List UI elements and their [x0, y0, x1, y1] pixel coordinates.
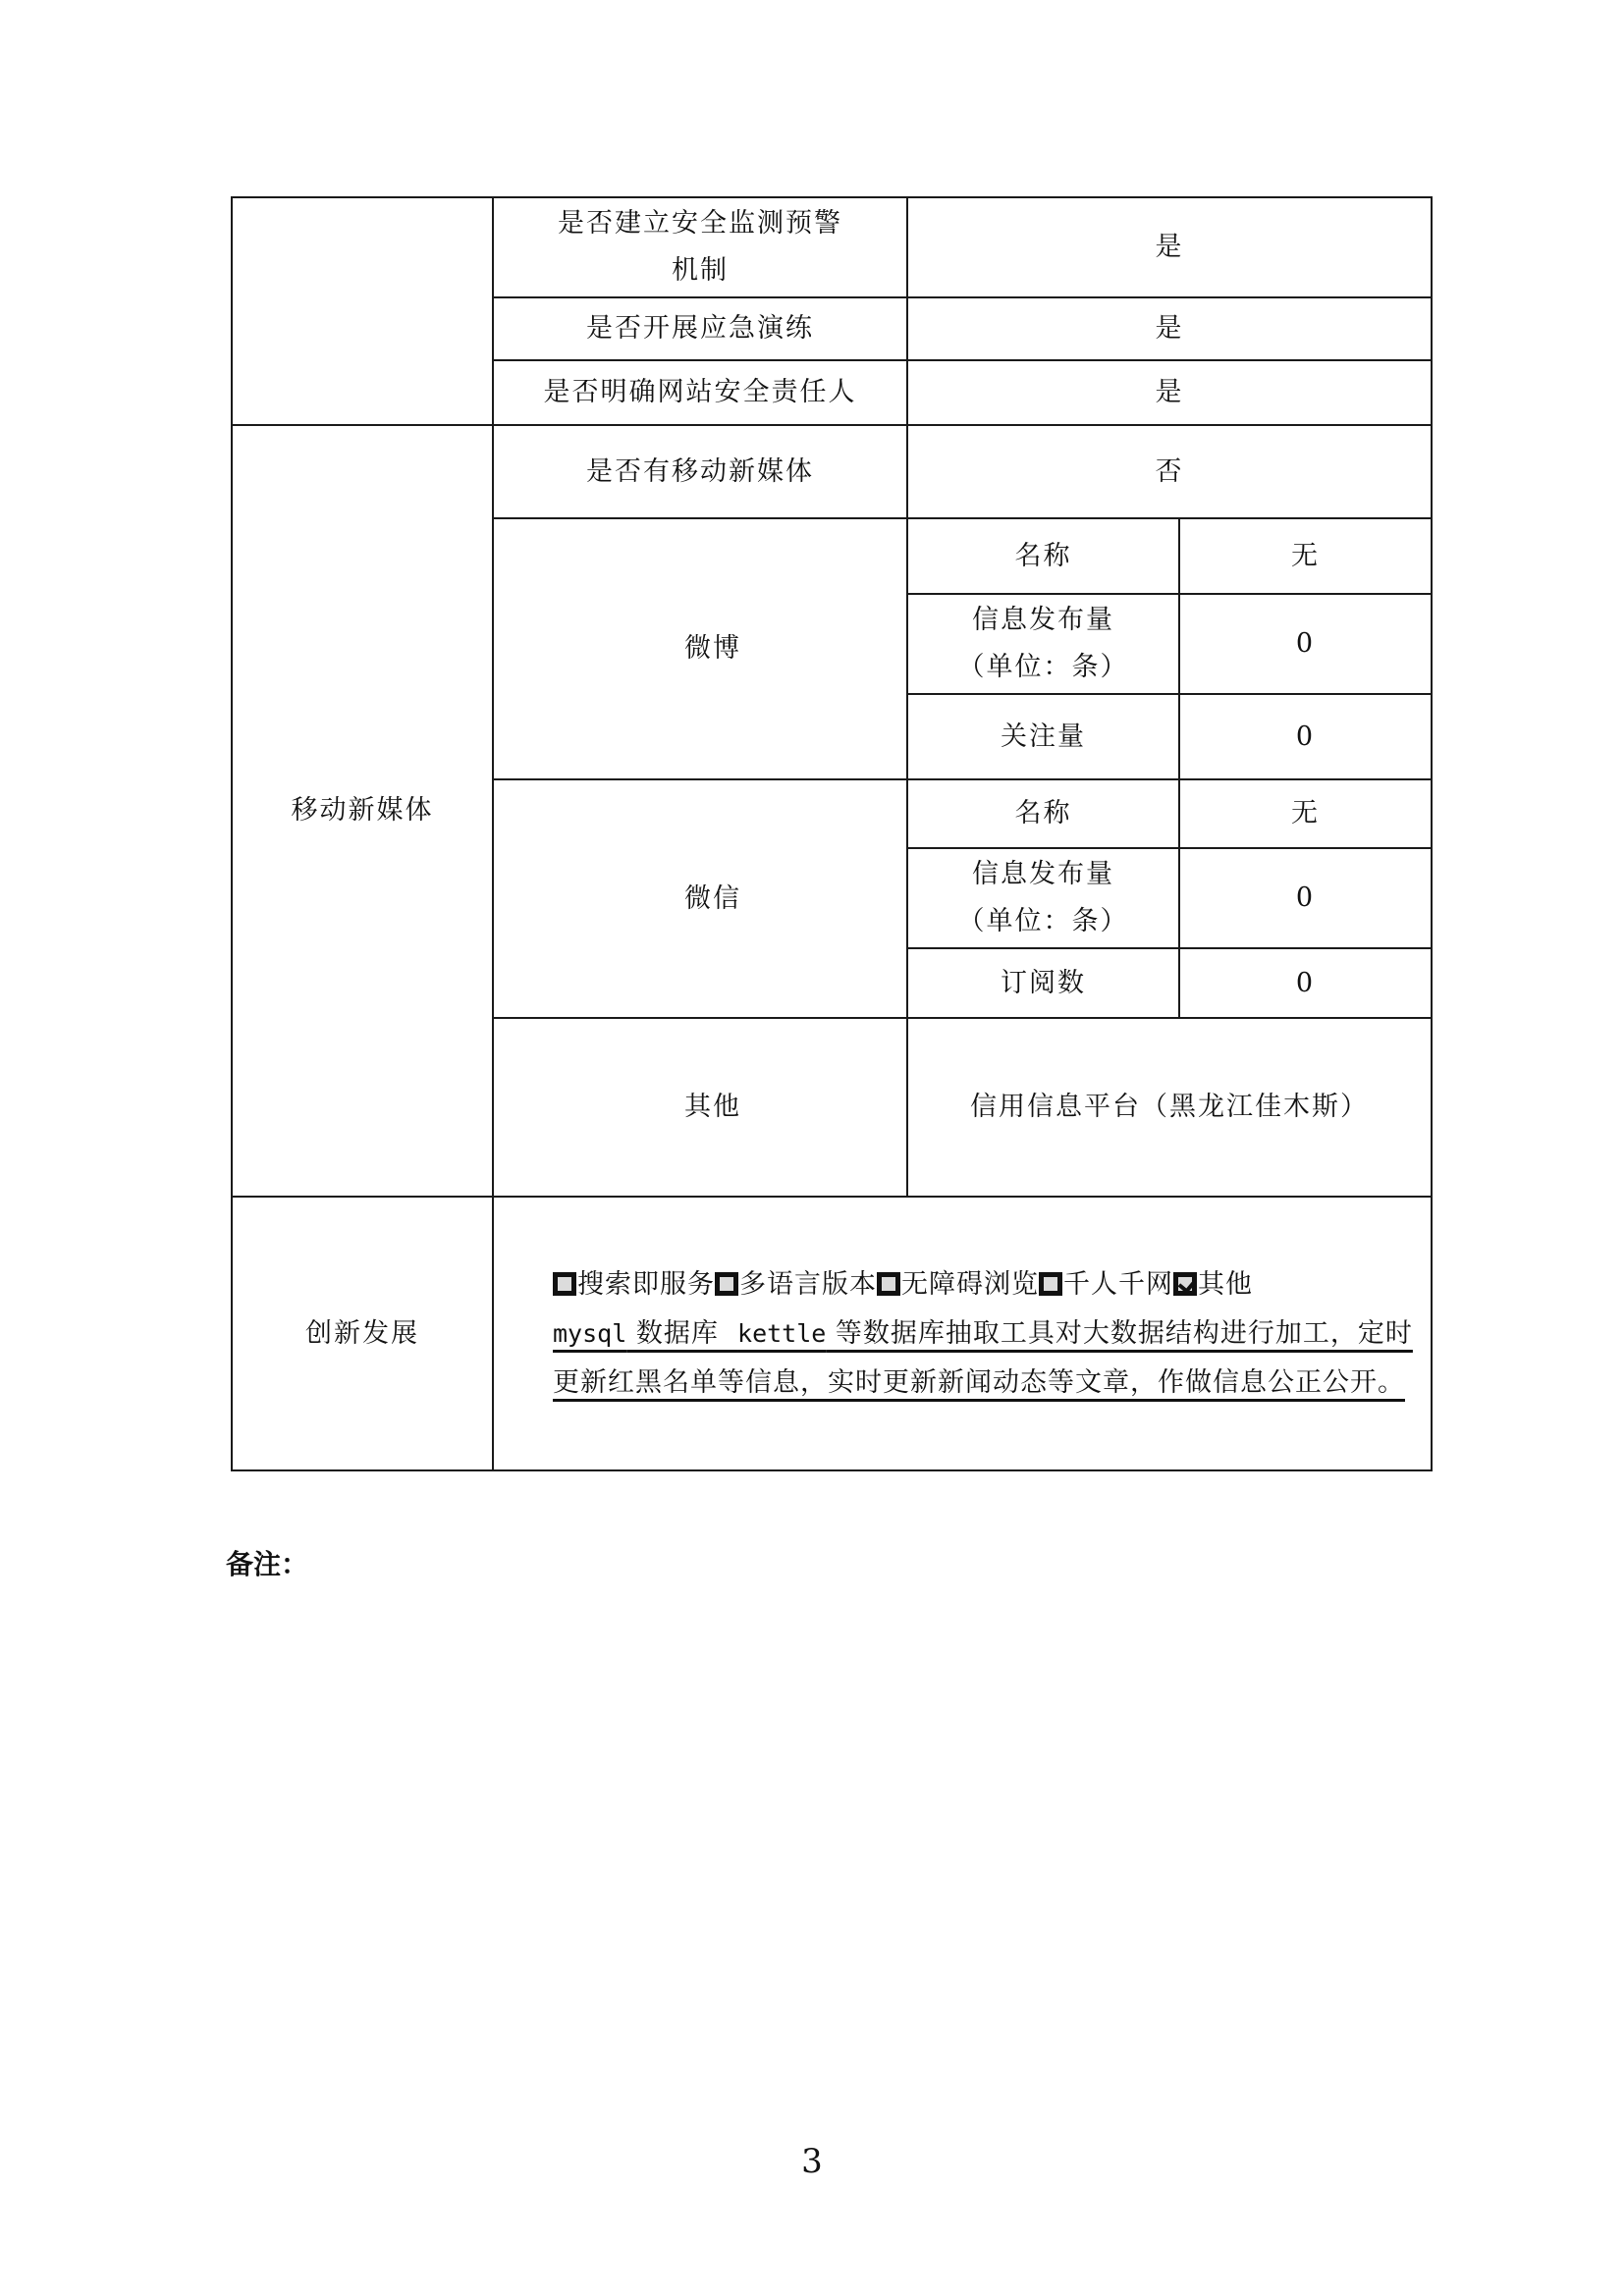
security-officer-value: 是	[907, 360, 1432, 425]
wechat-posts-label: 信息发布量 （单位：条）	[907, 848, 1179, 948]
emergency-drill-value: 是	[907, 297, 1432, 360]
checkbox-multilingual[interactable]	[715, 1272, 738, 1296]
weibo-posts-label: 信息发布量 （单位：条）	[907, 594, 1179, 694]
wechat-subscribers-label: 订阅数	[907, 948, 1179, 1018]
weibo-followers-value: 0	[1179, 694, 1432, 779]
emergency-drill-label: 是否开展应急演练	[493, 297, 907, 360]
website-report-table: 是否建立安全监测预警 机制 是 是否开展应急演练 是 是否明确网站安全责任人 是…	[231, 196, 1433, 1471]
wechat-posts-value: 0	[1179, 848, 1432, 948]
text-mono: mysql	[553, 1319, 626, 1348]
has-mobile-media-value: 否	[907, 425, 1432, 518]
text: 数据库	[626, 1318, 737, 1349]
table-row: 是否建立安全监测预警 机制 是	[232, 197, 1432, 297]
notes-label: 备注：	[226, 1543, 308, 1582]
table-row: 移动新媒体 是否有移动新媒体 否	[232, 425, 1432, 518]
security-monitoring-value: 是	[907, 197, 1432, 297]
page-number: 3	[0, 2142, 1624, 2181]
innovation-content: 搜索即服务多语言版本无障碍浏览千人千网其他 mysql 数据库 kettle 等…	[493, 1197, 1432, 1470]
label-line: 是否建立安全监测预警	[502, 200, 898, 247]
other-media-value: 信用信息平台（黑龙江佳木斯）	[907, 1018, 1432, 1197]
wechat-name-label: 名称	[907, 779, 1179, 848]
wechat-label: 微信	[493, 779, 907, 1018]
option-label: 无障碍浏览	[901, 1269, 1039, 1300]
label-line: 信息发布量	[916, 851, 1170, 898]
wechat-subscribers-value: 0	[1179, 948, 1432, 1018]
weibo-label: 微博	[493, 518, 907, 779]
weibo-followers-label: 关注量	[907, 694, 1179, 779]
text-mono: kettle	[737, 1319, 826, 1348]
mobile-media-section-label: 移动新媒体	[232, 425, 493, 1197]
label-line: （单位：条）	[916, 898, 1170, 945]
label-line: 信息发布量	[916, 597, 1170, 644]
option-label: 其他	[1198, 1269, 1253, 1300]
weibo-posts-value: 0	[1179, 594, 1432, 694]
document-page: 是否建立安全监测预警 机制 是 是否开展应急演练 是 是否明确网站安全责任人 是…	[0, 0, 1624, 2296]
option-label: 搜索即服务	[577, 1269, 715, 1300]
table-row: 创新发展 搜索即服务多语言版本无障碍浏览千人千网其他 mysql 数据库 ket…	[232, 1197, 1432, 1470]
has-mobile-media-label: 是否有移动新媒体	[493, 425, 907, 518]
security-monitoring-label: 是否建立安全监测预警 机制	[493, 197, 907, 297]
checkbox-search-service[interactable]	[553, 1272, 576, 1296]
checkbox-other[interactable]	[1173, 1272, 1197, 1296]
weibo-name-label: 名称	[907, 518, 1179, 594]
label-line: 机制	[502, 247, 898, 294]
option-label: 千人千网	[1063, 1269, 1173, 1300]
checkbox-accessibility[interactable]	[877, 1272, 900, 1296]
innovation-section-label: 创新发展	[232, 1197, 493, 1470]
checkbox-personalized[interactable]	[1039, 1272, 1062, 1296]
innovation-text: 搜索即服务多语言版本无障碍浏览千人千网其他 mysql 数据库 kettle 等…	[553, 1260, 1421, 1408]
security-section-cell	[232, 197, 493, 425]
other-media-label: 其他	[493, 1018, 907, 1197]
other-description: mysql 数据库 kettle 等数据库抽取工具对大数据结构进行加工，定时更新…	[553, 1318, 1413, 1398]
weibo-name-value: 无	[1179, 518, 1432, 594]
wechat-name-value: 无	[1179, 779, 1432, 848]
label-line: （单位：条）	[916, 644, 1170, 691]
option-label: 多语言版本	[739, 1269, 877, 1300]
security-officer-label: 是否明确网站安全责任人	[493, 360, 907, 425]
